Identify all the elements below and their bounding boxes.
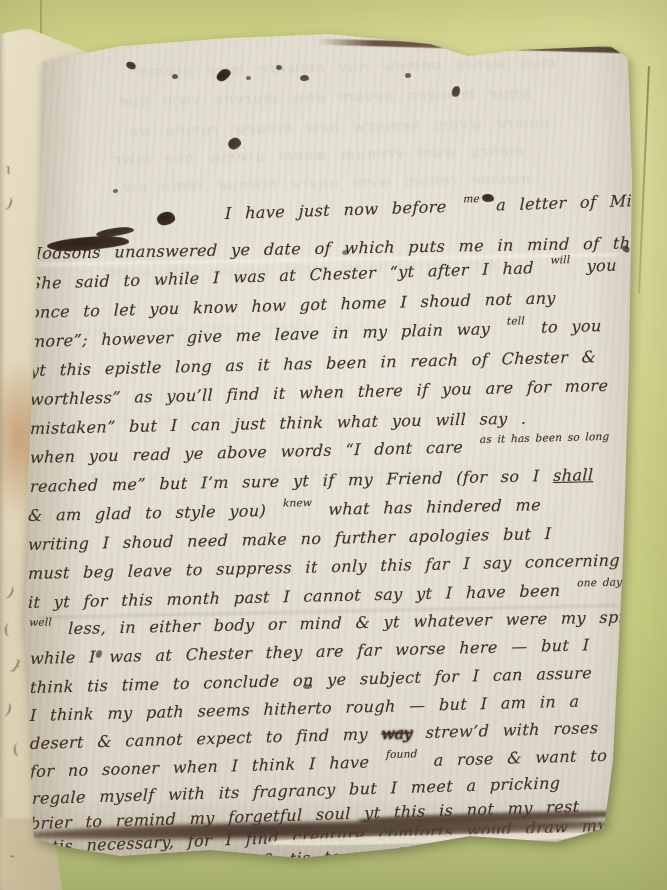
inserted-word: as it has been so long <box>480 431 610 446</box>
manuscript-words: I have just now before <box>225 197 447 223</box>
manuscript-words: shall <box>553 465 594 485</box>
inserted-word: well <box>29 616 52 628</box>
manuscript-words: if it had never <box>625 430 667 453</box>
manuscript-words: yt this epistle long as it has been in r… <box>30 347 597 380</box>
manuscript-words: while I was at Chester they are far wors… <box>30 635 590 668</box>
manuscript-words: writing I shoud need make no further apo… <box>28 524 552 554</box>
manuscript-words: & am glad to style you) <box>28 501 267 525</box>
manuscript-words: strew’d with roses <box>425 718 598 742</box>
inserted-word: knew <box>283 497 313 510</box>
show-through-line: wnue mruwen nevum enw murene vwm nue <box>118 84 533 111</box>
ink-blot <box>405 73 411 78</box>
manuscript-line: must beg leave to suppress it only this … <box>28 551 621 583</box>
manuscript-line: I have just now before me a letter of Mi… <box>225 191 650 223</box>
ink-blot <box>246 76 251 80</box>
manuscript-line: while I was at Chester they are far wors… <box>30 635 590 668</box>
manuscript-line: & am glad to style you) knew what has hi… <box>28 495 542 525</box>
manuscript-words: what has hindered me <box>328 495 541 518</box>
ink-blot <box>172 74 178 79</box>
show-through-line: menru wum vrenum wnem uremw nue mwr <box>113 142 524 169</box>
manuscript-line: think tis time to conclude on ye subject… <box>30 663 593 697</box>
inserted-word: will <box>550 254 570 267</box>
inserted-word: tell <box>507 315 525 328</box>
inserted-word: me <box>463 193 480 206</box>
ink-blot <box>125 60 137 71</box>
manuscript-line: worthless” as you’ll find it when there … <box>30 376 609 409</box>
letter-page: mun wenre unmew nuv emwnre mwe uremnwnue… <box>0 0 667 890</box>
manuscript-line: yt this epistle long as it has been in r… <box>30 347 597 380</box>
inserted-word: found <box>386 748 418 761</box>
ink-blot <box>303 684 312 689</box>
manuscript-words: way <box>381 723 412 743</box>
manuscript-words: a rose & want to <box>434 746 608 770</box>
manuscript-words: for no sooner when I think I have <box>30 753 370 781</box>
manuscript-words: a letter of Miss <box>496 191 650 215</box>
manuscript-words: must beg leave to suppress it only this … <box>28 551 621 583</box>
ink-blot <box>300 75 309 81</box>
manuscript-words: think tis time to conclude on ye subject… <box>30 663 593 697</box>
top-edge-stain <box>318 39 630 54</box>
manuscript-words: perfect <box>638 578 667 598</box>
ink-blot <box>156 211 176 227</box>
letter-paper: mun wenre unmew nuv emwnre mwe uremnwnue… <box>18 34 634 862</box>
inserted-word: one day <box>577 577 622 590</box>
ink-blot <box>113 189 118 193</box>
manuscript-line: writing I shoud need make no further apo… <box>28 524 552 554</box>
ink-blot <box>482 193 495 202</box>
show-through-line: unmre wvum nemurw new mnuew rumne we <box>128 114 550 141</box>
manuscript-words: desert & cannot expect to find my <box>30 725 368 753</box>
manuscript-words: you <box>587 256 618 276</box>
show-through-line: mun wenre unmew nuv emwnre mwe uremn <box>138 54 556 81</box>
photo-of-handwritten-letter: )(})(~)- mun wenre unmew nuv emwnre mwe … <box>0 0 667 890</box>
manuscript-words: to you <box>541 316 602 337</box>
manuscript-words: worthless” as you’ll find it when there … <box>30 376 609 409</box>
inserted-word: reflection <box>625 830 667 844</box>
ink-blot <box>342 250 349 255</box>
